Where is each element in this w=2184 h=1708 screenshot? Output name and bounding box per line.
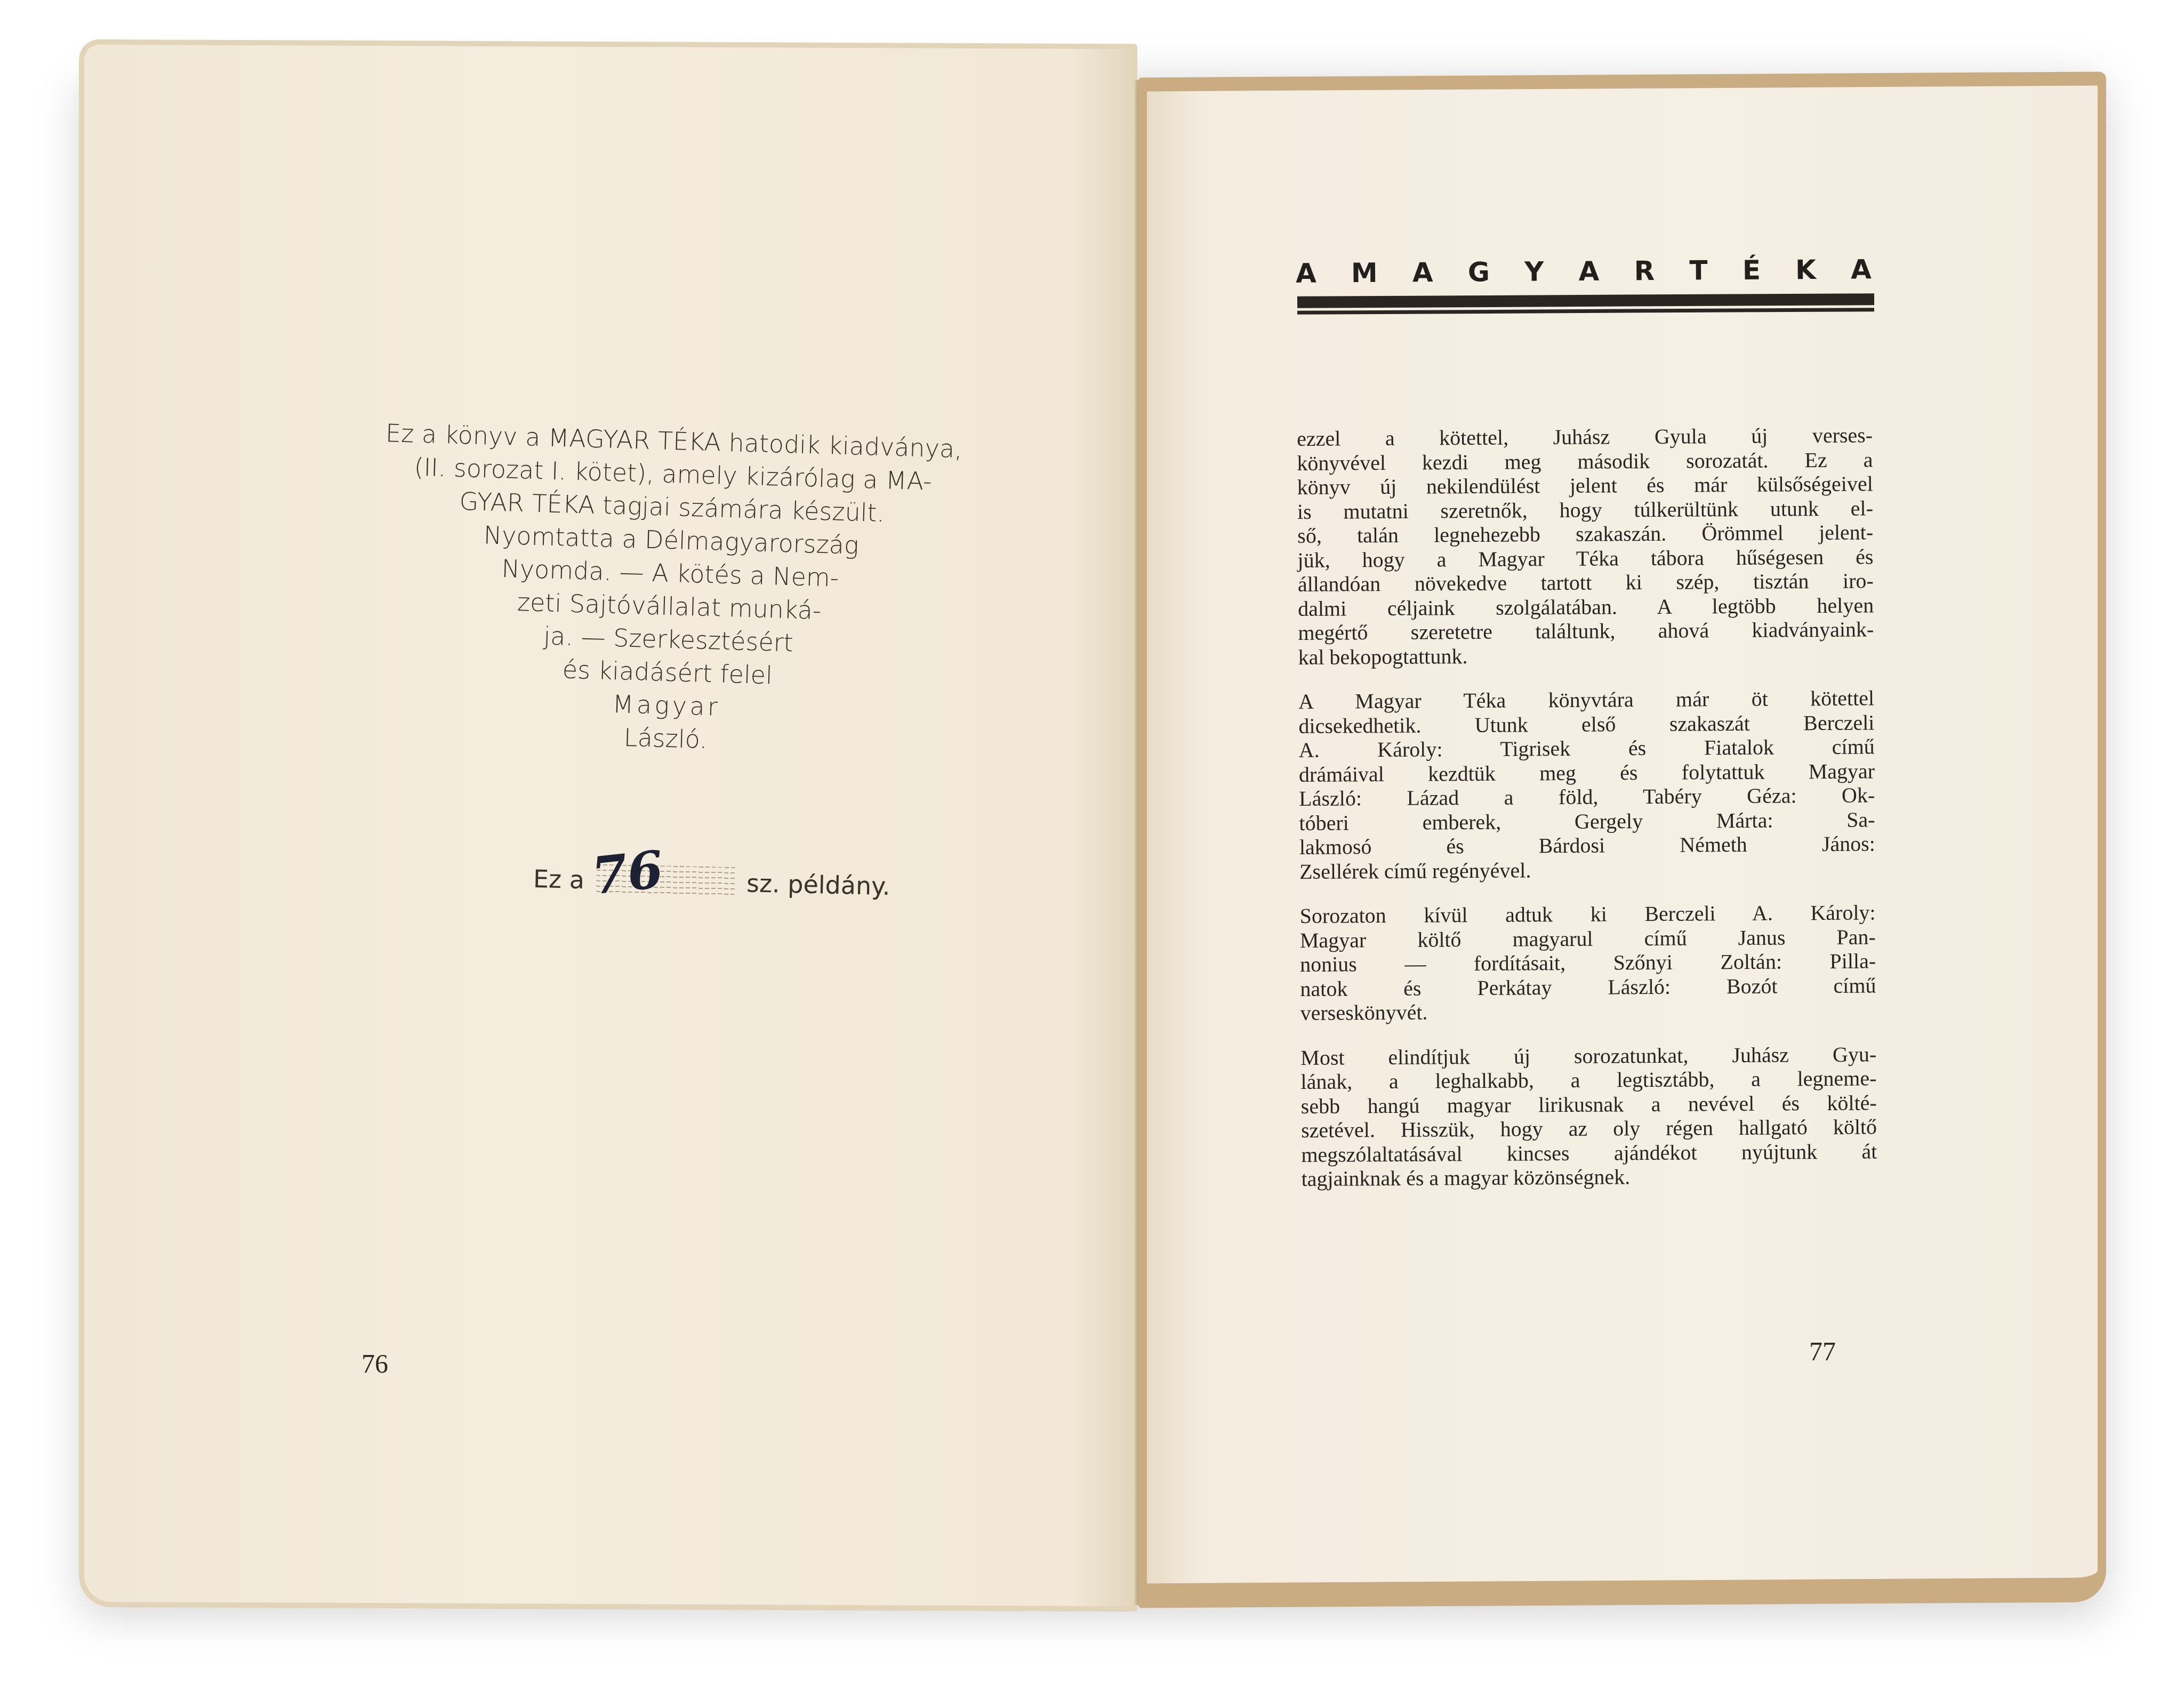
- text-line: László: Lázad a föld, Tabéry Géza: Ok-: [1299, 783, 1875, 811]
- masthead-letter: K: [1795, 254, 1816, 285]
- handwritten-copy-number: 76: [589, 839, 666, 906]
- text-line: verseskönyvét.: [1300, 997, 1876, 1025]
- text-line: nonius — fordításait, Szőnyi Zoltán: Pil…: [1300, 949, 1876, 976]
- text-line: szetével. Hisszük, hogy az oly régen hal…: [1301, 1114, 1877, 1142]
- text-line: megszólaltatásával kincses ajándékot nyú…: [1301, 1139, 1877, 1167]
- text-line: tóberi emberek, Gergely Márta: Sa-: [1299, 807, 1875, 835]
- masthead-letter: Y: [1524, 256, 1544, 287]
- masthead-letter: M: [1351, 258, 1378, 288]
- text-line: könyv új nekilendülést jelent és már kül…: [1297, 471, 1873, 499]
- masthead-letter: A: [1851, 254, 1872, 285]
- left-page: [79, 39, 1137, 1612]
- text-line: is mutatni szeretnők, hogy túlkerültünk …: [1297, 496, 1873, 524]
- text-line: könyvével kezdi meg második sorozatát. E…: [1297, 447, 1873, 475]
- text-line: sebb hangú magyar lirikusnak a nevével é…: [1301, 1090, 1877, 1118]
- text-line: A Magyar Téka könyvtára már öt kötettel: [1298, 686, 1874, 713]
- text-line: állandóan növekedve tartott ki szép, tis…: [1298, 568, 1874, 596]
- masthead-letter: É: [1743, 255, 1761, 286]
- masthead-letter: G: [1468, 256, 1490, 287]
- paragraph: ezzel a kötettel, Juhász Gyula új verses…: [1297, 423, 1874, 669]
- masthead-title: A M A G Y A R T É K A: [1296, 254, 1872, 289]
- text-line: kal bekopogtattunk.: [1298, 641, 1874, 669]
- text-line: lának, a leghalkabb, a legtisztább, a le…: [1300, 1066, 1876, 1094]
- text-line: ső, talán legnehezebb szakaszán. Örömmel…: [1297, 520, 1873, 548]
- text-line: ezzel a kötettel, Juhász Gyula új verses…: [1297, 423, 1873, 451]
- masthead-letter: T: [1689, 255, 1708, 286]
- copy-line-prefix: Ez a: [533, 864, 585, 894]
- masthead-letter: A: [1578, 256, 1599, 287]
- page-number-right: 77: [1809, 1336, 1836, 1367]
- masthead-letter: R: [1634, 255, 1655, 286]
- text-line: dalmi céljaink szolgálatában. A legtöbb …: [1298, 593, 1874, 621]
- page-number-left: 76: [362, 1348, 388, 1379]
- text-line: natok és Perkátay László: Bozót című: [1300, 973, 1876, 1001]
- body-text: ezzel a kötettel, Juhász Gyula új verses…: [1297, 423, 1877, 1211]
- text-line: dicsekedhetik. Utunk első szakaszát Berc…: [1298, 710, 1874, 738]
- masthead-letter: A: [1412, 257, 1433, 288]
- text-line: A. Károly: Tigrisek és Fiatalok című: [1299, 734, 1875, 762]
- text-line: Most elindítjuk új sorozatunkat, Juhász …: [1300, 1042, 1876, 1070]
- text-line: Zsellérek című regényével.: [1299, 856, 1875, 884]
- text-line: Sorozaton kívül adtuk ki Berczeli A. Kár…: [1299, 900, 1875, 928]
- text-line: lakmosó és Bárdosi Németh János:: [1299, 831, 1875, 859]
- copy-line-suffix: sz. példány.: [746, 869, 890, 901]
- text-line: drámáival kezdtük meg és folytattuk Magy…: [1299, 759, 1875, 787]
- paragraph: A Magyar Téka könyvtára már öt kötettel …: [1298, 686, 1875, 884]
- paragraph: Most elindítjuk új sorozatunkat, Juhász …: [1300, 1042, 1877, 1191]
- text-line: megértő szeretetre találtunk, ahová kiad…: [1298, 617, 1874, 645]
- paragraph: Sorozaton kívül adtuk ki Berczeli A. Kár…: [1299, 900, 1876, 1025]
- text-line: jük, hogy a Magyar Téka tábora hűségesen…: [1297, 544, 1873, 572]
- text-line: tagjainknak és a magyar közönségnek.: [1301, 1163, 1877, 1191]
- masthead-letter: A: [1296, 258, 1316, 289]
- colophon: Ez a könyv a MAGYAR TÉKA hatodik kiadván…: [359, 416, 981, 764]
- text-line: Magyar költő magyarul című Janus Pan-: [1300, 925, 1876, 952]
